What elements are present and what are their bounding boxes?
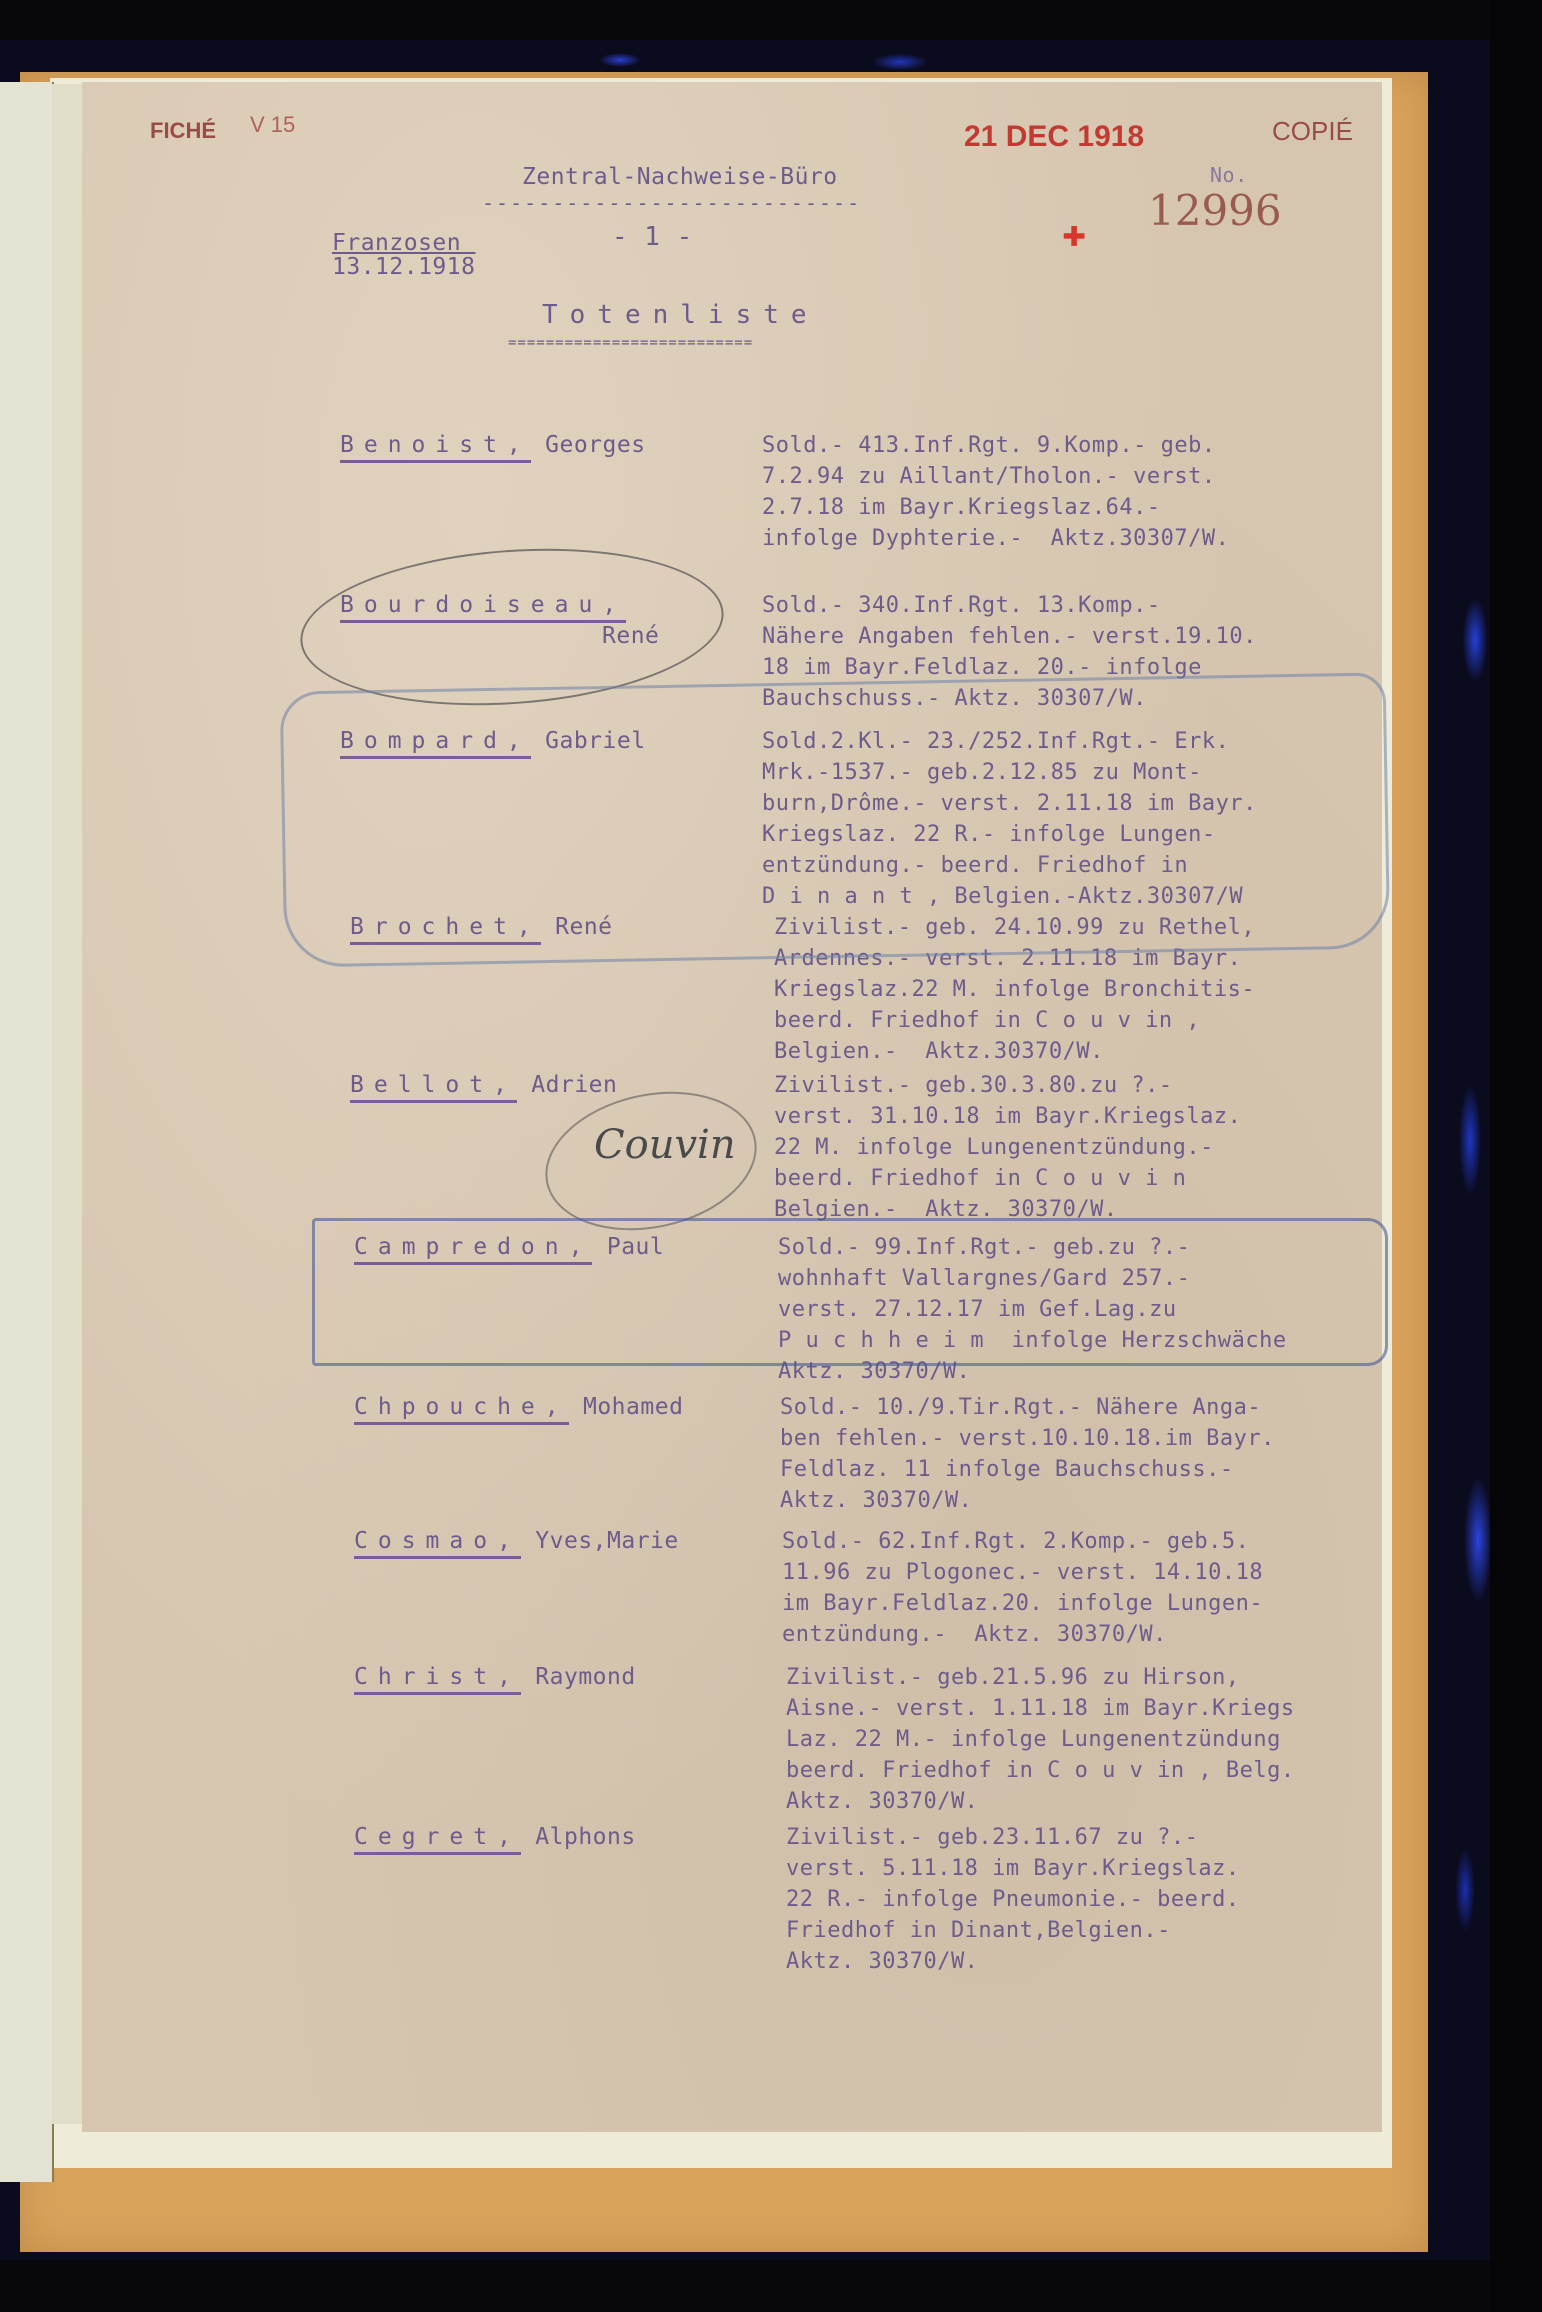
- entry-surname: Brochet,: [350, 914, 541, 945]
- entry-surname: Bellot,: [350, 1072, 517, 1103]
- entry-details: Zivilist.- geb.30.3.80.zu ?.- verst. 31.…: [774, 1070, 1394, 1225]
- entry-given-name: Raymond: [535, 1664, 635, 1690]
- folder-flap: [0, 82, 54, 2182]
- entry-details: Sold.- 10./9.Tir.Rgt.- Nähere Anga- ben …: [780, 1392, 1400, 1516]
- entry-given-name: Gabriel: [545, 728, 645, 754]
- page-title: Totenliste: [542, 300, 819, 331]
- entry-details: Sold.- 62.Inf.Rgt. 2.Komp.- geb.5. 11.96…: [782, 1526, 1402, 1650]
- fiche-stamp: FICHÉ: [150, 118, 216, 144]
- binder-spine: [1490, 0, 1542, 2312]
- entry-given-name: Mohamed: [583, 1394, 683, 1420]
- title-rule: ==========================: [508, 328, 753, 359]
- entry-given-name: René: [555, 914, 612, 940]
- entry-surname: Cosmao,: [354, 1528, 521, 1559]
- entry-given-name: Paul: [607, 1234, 664, 1260]
- entry-surname: Benoist,: [340, 432, 531, 463]
- entry-surname: Bompard,: [340, 728, 531, 759]
- entry-details: Zivilist.- geb. 24.10.99 zu Rethel, Arde…: [774, 912, 1394, 1067]
- handwritten-note: Couvin: [594, 1122, 736, 1168]
- fiche-code-stamp: V 15: [250, 112, 295, 138]
- page-number: - 1 -: [612, 222, 693, 253]
- entry-details: Zivilist.- geb.23.11.67 zu ?.- verst. 5.…: [786, 1822, 1406, 1977]
- office-rule: ---------------------------: [482, 188, 861, 219]
- entry-given-name: Yves,Marie: [535, 1528, 678, 1554]
- entry-surname: Christ,: [354, 1664, 521, 1695]
- copie-stamp: COPIÉ: [1272, 116, 1353, 147]
- entry-details: Sold.- 99.Inf.Rgt.- geb.zu ?.- wohnhaft …: [778, 1232, 1398, 1387]
- entry-given-name: Alphons: [535, 1824, 635, 1850]
- folder-flap-inner: [52, 84, 84, 2124]
- red-cross-icon: ✚: [1062, 210, 1086, 256]
- list-date: 13.12.1918: [332, 252, 475, 283]
- entry-surname: Cegret,: [354, 1824, 521, 1855]
- date-received-stamp: 21 DEC 1918: [964, 120, 1144, 154]
- document-number: 12996: [1148, 186, 1282, 235]
- entry-given-name: René: [602, 623, 659, 649]
- entry-details: Sold.- 340.Inf.Rgt. 13.Komp.- Nähere Ang…: [762, 590, 1382, 714]
- entry-given-name: Georges: [545, 432, 645, 458]
- entry-surname: Campredon,: [354, 1234, 592, 1265]
- entry-details: Sold.- 413.Inf.Rgt. 9.Komp.- geb. 7.2.94…: [762, 430, 1382, 554]
- entry-details: Zivilist.- geb.21.5.96 zu Hirson, Aisne.…: [786, 1662, 1406, 1817]
- entry-surname: Bourdoiseau,: [340, 592, 626, 623]
- entry-given-name: Adrien: [531, 1072, 617, 1098]
- entry-details: Sold.2.Kl.- 23./252.Inf.Rgt.- Erk. Mrk.-…: [762, 726, 1382, 912]
- document-page: FICHÉ V 15 21 DEC 1918 COPIÉ No. 12996 ✚…: [82, 82, 1382, 2132]
- entry-surname: Chpouche,: [354, 1394, 569, 1425]
